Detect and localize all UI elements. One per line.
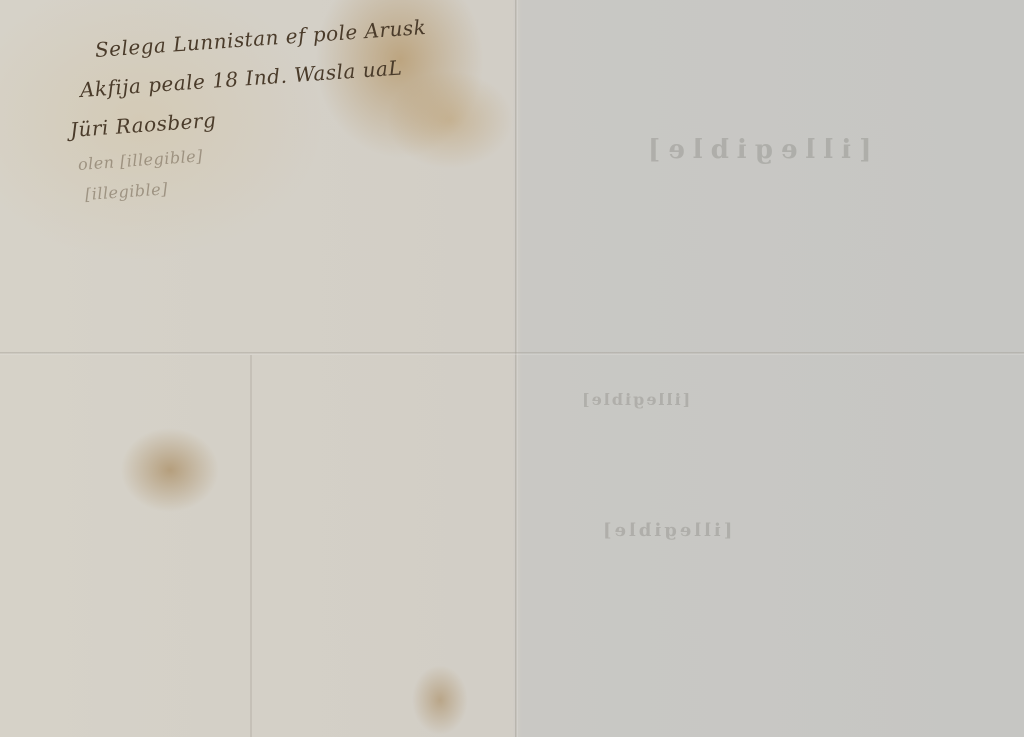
vertical-fold-line [515,0,518,737]
horizontal-fold-line [0,352,1024,355]
paper-background [0,0,1024,737]
secondary-fold-line [250,355,252,737]
show-through-text-2: [illegible] [580,390,690,409]
show-through-text-3: [illegible] [600,520,732,541]
show-through-text-1: [illegible] [640,135,871,165]
